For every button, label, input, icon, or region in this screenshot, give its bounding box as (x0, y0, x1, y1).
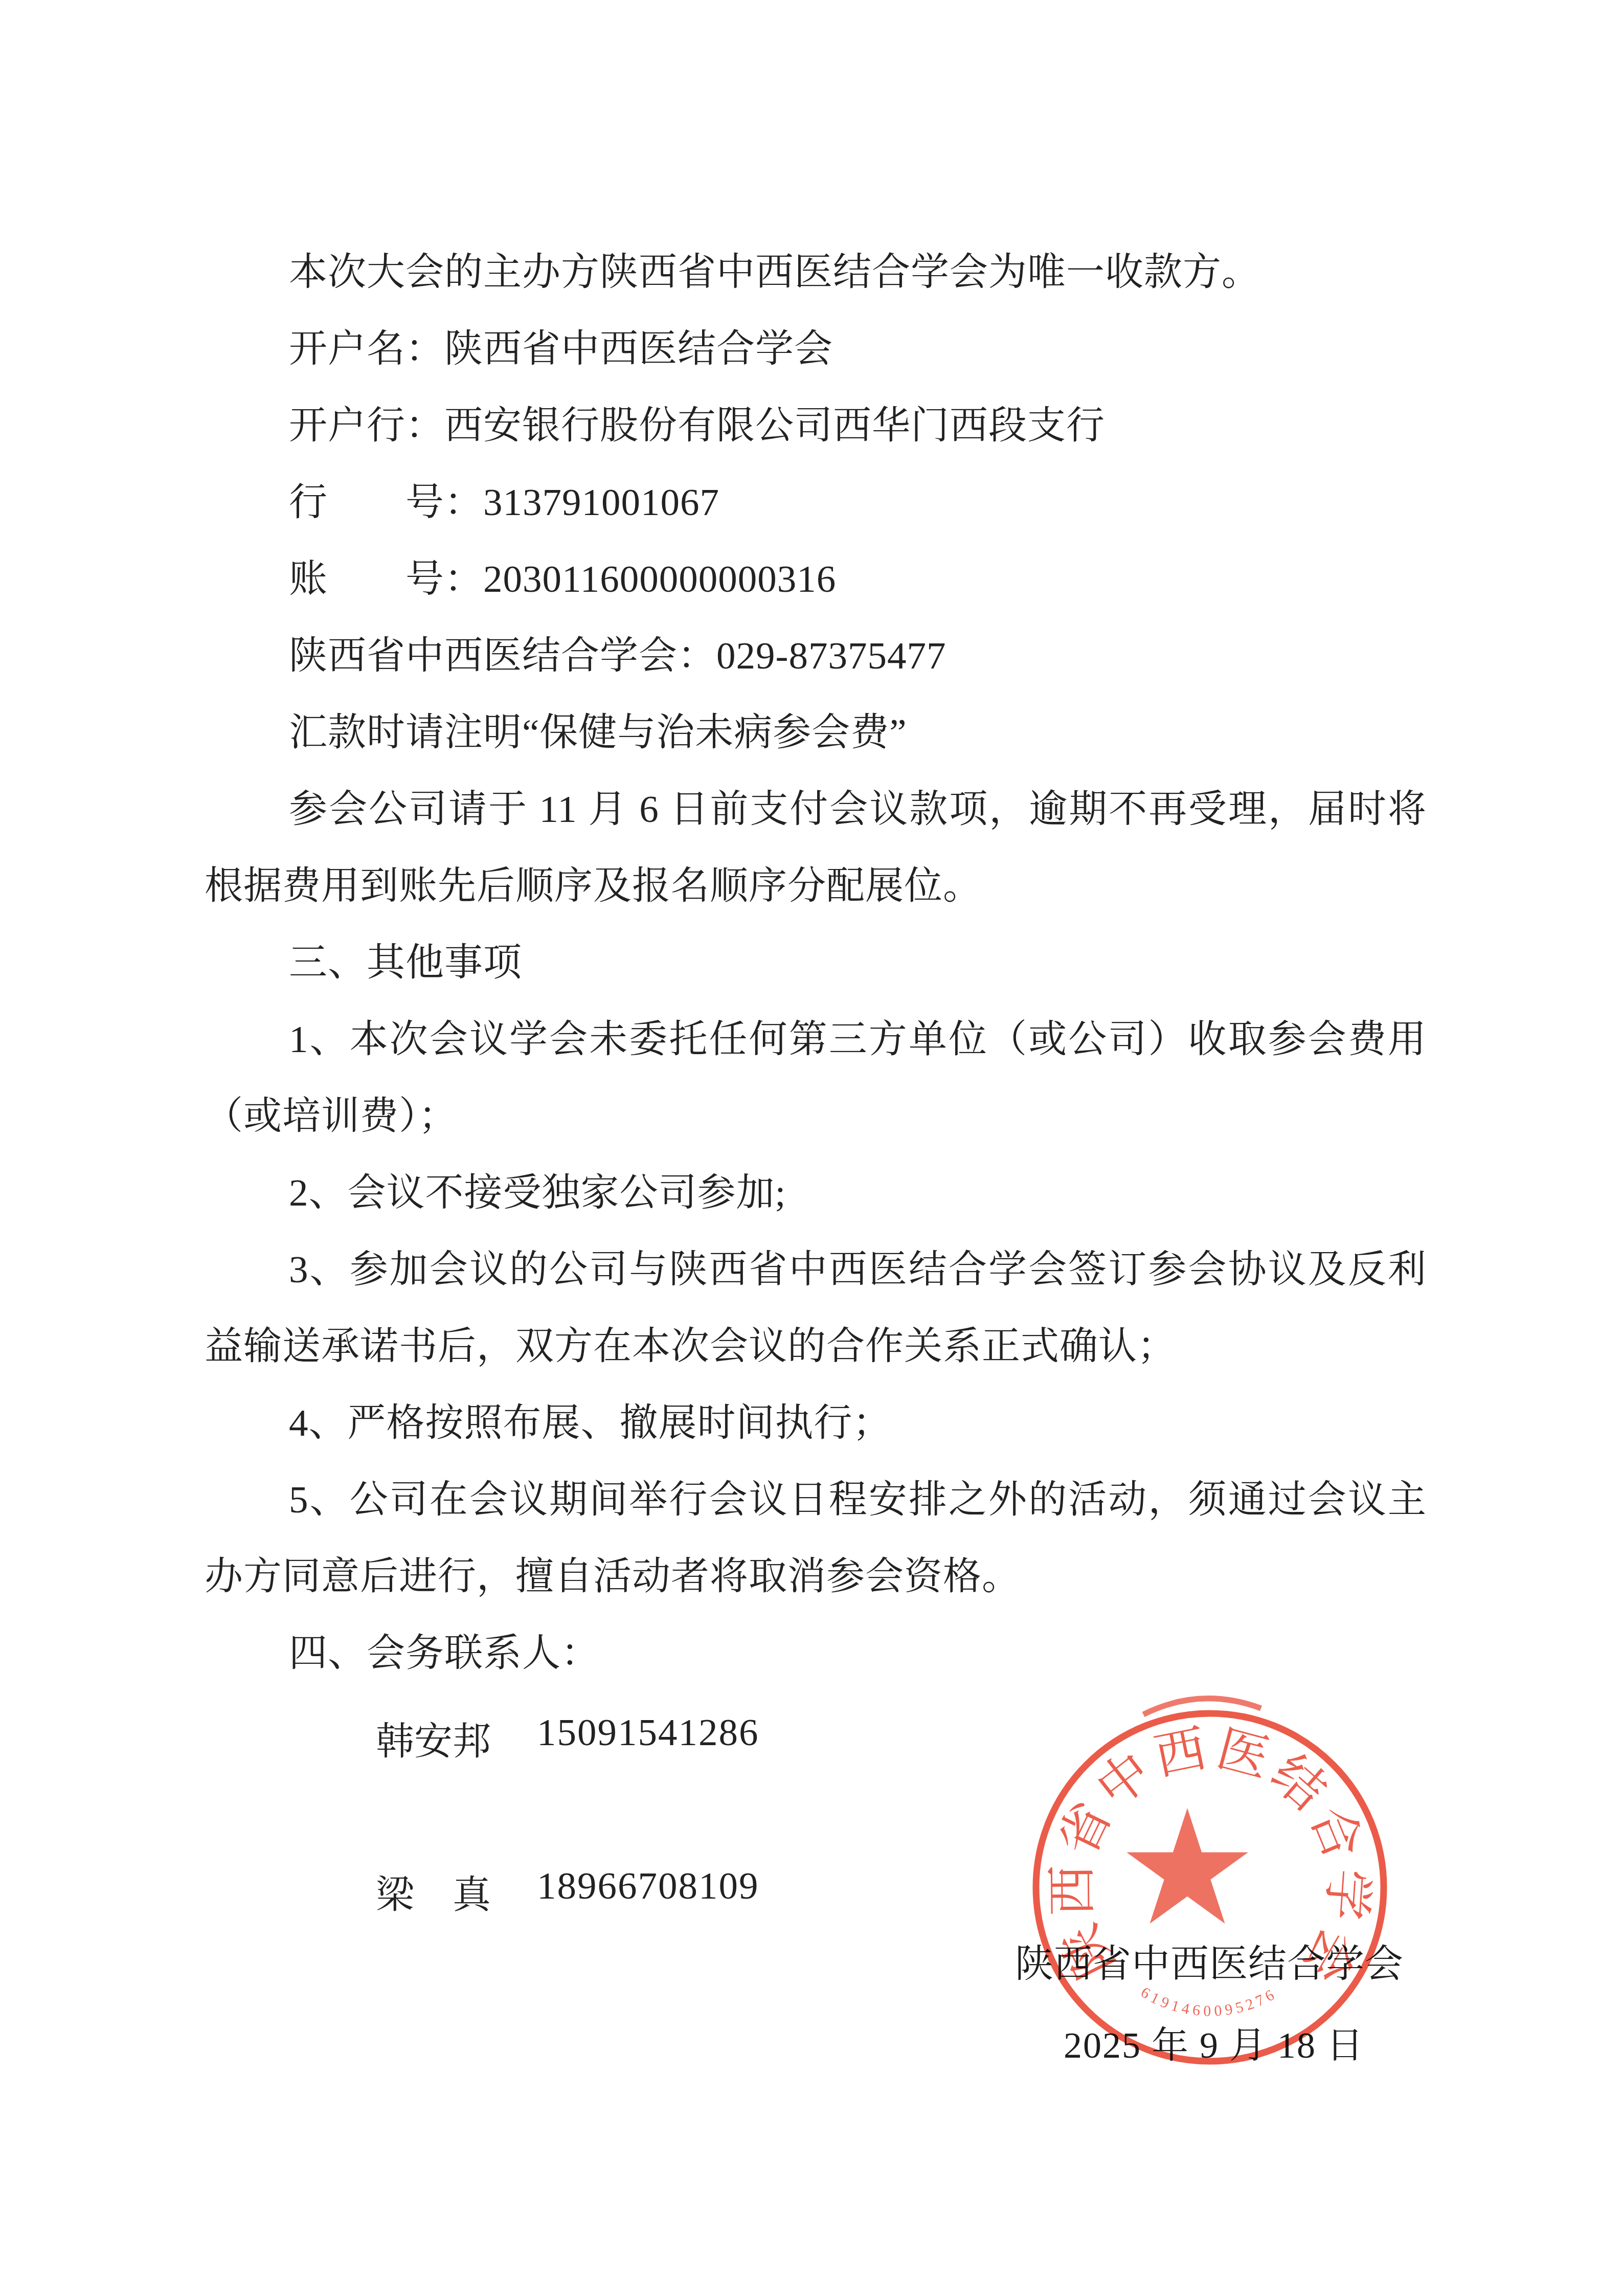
text-line: 陕西省中西医结合学会：029-87375477 (205, 634, 1427, 678)
text-line: 行 号：313791001067 (205, 481, 1427, 525)
star-icon (1126, 1808, 1248, 1924)
text-line: 开户名：陕西省中西医结合学会 (205, 327, 1427, 371)
seal-serial-shape: 6191460095276 (1138, 1984, 1280, 2020)
contact-phone: 18966708109 (537, 1864, 759, 1908)
text-line: 汇款时请注明“保健与治未病参会费” (205, 711, 1427, 755)
text-line: 4、严格按照布展、撤展时间执行； (205, 1401, 1427, 1445)
text-line: 3、参加会议的公司与陕西省中西医结合学会签订参会协议及反利 (205, 1248, 1427, 1292)
contact-phone: 15091541286 (537, 1711, 759, 1755)
text-line: 四、会务联系人： (205, 1632, 1427, 1676)
text-line: 三、其他事项 (205, 941, 1427, 985)
document-page: 本次大会的主办方陕西省中西医结合学会为唯一收款方。开户名：陕西省中西医结合学会开… (0, 0, 1623, 2296)
text-line: 根据费用到账先后顺序及报名顺序分配展位。 (205, 864, 1427, 908)
text-line: （或培训费）； (205, 1095, 1427, 1139)
text-line: 本次大会的主办方陕西省中西医结合学会为唯一收款方。 (205, 251, 1427, 295)
official-seal-stamp: 陕西省中西医结合学会 6191460095276 (1017, 1682, 1405, 2086)
text-line: 办方同意后进行，擅自活动者将取消参会资格。 (205, 1555, 1427, 1599)
text-line: 5、公司在会议期间举行会议日程安排之外的活动，须通过会议主 (205, 1478, 1427, 1522)
text-line: 益输送承诺书后，双方在本次会议的合作关系正式确认； (205, 1325, 1427, 1369)
contact-name: 梁 真 (376, 1864, 491, 1919)
text-line: 参会公司请于 11 月 6 日前支付会议款项，逾期不再受理，届时将 (205, 788, 1427, 832)
text-line: 2、会议不接受独家公司参加; (205, 1171, 1427, 1215)
text-line: 开户行：西安银行股份有限公司西华门西段支行 (205, 404, 1427, 448)
text-line: 账 号：203011600000000316 (205, 558, 1427, 601)
seal-serial-number: 6191460095276 (1138, 1984, 1280, 2020)
contact-name: 韩安邦 (376, 1711, 491, 1766)
text-line: 1、本次会议学会未委托任何第三方单位（或公司）收取参会费用 (205, 1018, 1427, 1062)
